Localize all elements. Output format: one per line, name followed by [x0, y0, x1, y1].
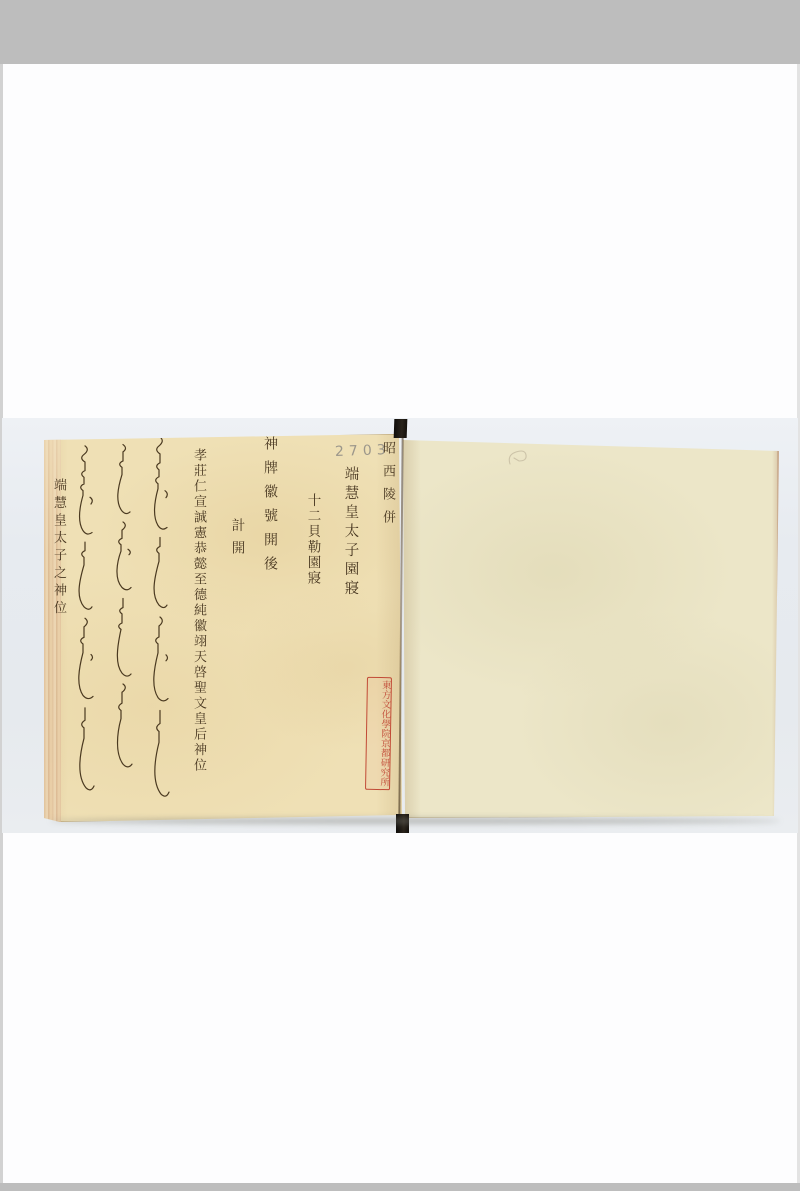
manuscript-photo: 2703 昭西陵併 端慧皇太子園寢 十二貝勒園寢 神牌徽號開後 計開 孝莊仁宣誠…	[2, 418, 798, 833]
library-seal: 東方文化學院京都研究所	[365, 677, 392, 790]
text-column-spine-title: 昭西陵併	[381, 441, 394, 533]
bottom-letterbox-bar	[0, 1183, 800, 1191]
book-shadow	[50, 818, 780, 824]
manchu-script-column	[112, 440, 134, 786]
text-column-jikai: 計開	[229, 518, 243, 563]
text-column-duanhui-tablet: 端慧皇太子之神位	[52, 478, 65, 618]
scan-viewport: 2703 昭西陵併 端慧皇太子園寢 十二貝勒園寢 神牌徽號開後 計開 孝莊仁宣誠…	[0, 0, 800, 1191]
text-column-duanhui-mausoleum: 端慧皇太子園寢	[343, 466, 358, 599]
manchu-script-column	[149, 434, 171, 812]
left-page: 2703 昭西陵併 端慧皇太子園寢 十二貝勒園寢 神牌徽號開後 計開 孝莊仁宣誠…	[44, 434, 402, 822]
text-column-xiaozhuang-tablet: 孝莊仁宣誠憲恭懿至德純徽翊天啓聖文皇后神位	[192, 448, 205, 774]
spine-ribbon-top	[394, 419, 408, 438]
manchu-script-column	[74, 443, 96, 805]
right-page	[403, 439, 779, 818]
text-column-shenpai-heading: 神牌徽號開後	[263, 436, 277, 580]
text-column-beile-mausoleum: 十二貝勒園寢	[305, 493, 319, 586]
top-letterbox-bar	[0, 0, 800, 64]
pencil-mark	[507, 448, 533, 470]
